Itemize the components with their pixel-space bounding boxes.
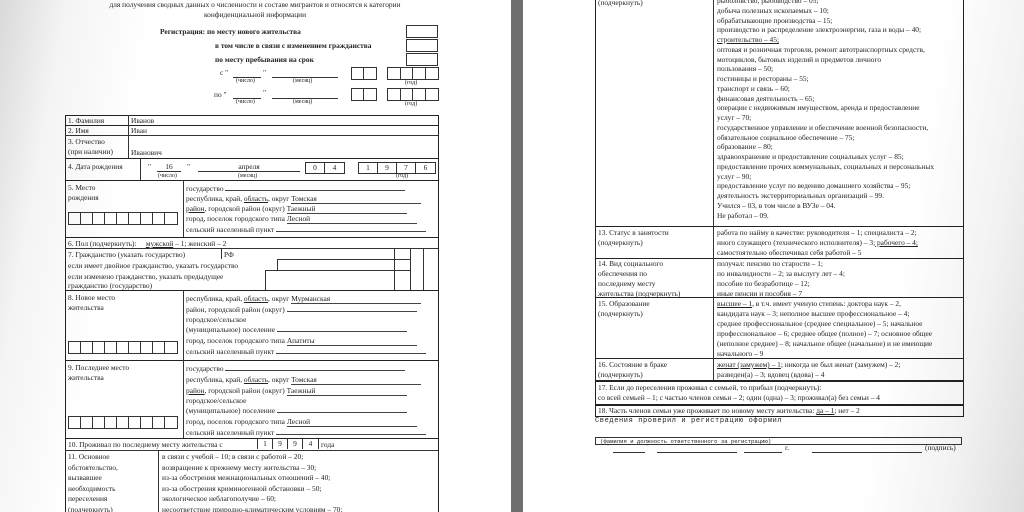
birthplace-code[interactable]: [68, 212, 178, 225]
divider: [128, 115, 129, 125]
intro-line-2: конфиденциальной информации: [80, 10, 430, 19]
industry-option[interactable]: мотоциклов, бытовых изделий и предметов …: [717, 55, 934, 64]
citizenship-value[interactable]: РФ: [224, 250, 234, 259]
sign-year-field[interactable]: [744, 452, 782, 453]
industry-option[interactable]: предоставление услуг по ведению домашнег…: [717, 181, 934, 190]
last-state-value[interactable]: [225, 370, 405, 371]
last-village-value[interactable]: [276, 434, 426, 435]
divider: [65, 125, 438, 126]
new-village-value[interactable]: [276, 353, 426, 354]
dob-year-caption: (год): [396, 173, 408, 179]
industry-option[interactable]: здравоохранение и предоставление социаль…: [717, 152, 934, 161]
reason-label-line: необходимость: [68, 484, 118, 493]
dob-month-caption: (месяц): [238, 173, 257, 179]
dob-month[interactable]: апреля: [198, 162, 300, 172]
marital-option[interactable]: женат (замужем) – 1; никогда не был жена…: [717, 360, 900, 369]
birthplace-district-row: район, городской район (округ) Таежный: [186, 204, 407, 214]
social-option[interactable]: получал: пенсию по старости – 1;: [717, 259, 845, 268]
divider: [65, 158, 438, 159]
temporary-stay-checkbox[interactable]: [406, 53, 438, 66]
quote-close: ": [646, 444, 648, 450]
last-settlement-value[interactable]: [277, 412, 407, 413]
last-city-row: город, поселок городского типа Лесной: [186, 417, 417, 427]
new-residence-label: 8. Новое место: [68, 293, 115, 302]
marital-sublabel: (подчеркнуть): [598, 370, 643, 379]
industry-option[interactable]: услуг – 70;: [717, 113, 934, 122]
digit: 9: [273, 438, 288, 449]
dual-citizenship-label: если имеет двойное гражданство, указать …: [68, 261, 238, 270]
education-option[interactable]: среднее профессиональное (среднее специа…: [717, 319, 932, 328]
digit: 1: [258, 438, 273, 449]
to-day-caption: (число): [236, 99, 255, 105]
verified-text: Сведения проверил и регистрацию оформил: [595, 417, 782, 425]
quote-open: ": [148, 162, 151, 171]
employment-option[interactable]: иного служащего (технического исполнител…: [717, 238, 918, 247]
patronymic-value[interactable]: Иванович: [131, 148, 162, 157]
birthplace-district-value[interactable]: Таежный: [287, 204, 407, 214]
from-month-digits[interactable]: [351, 67, 377, 80]
village-label: сельский населенный пункт: [186, 225, 274, 234]
industry-option[interactable]: операции с недвижимым имуществом, аренда…: [717, 103, 934, 112]
form-page-2: (подчеркнуть) рыболовство, рыбоводство –…: [512, 0, 1024, 512]
form-page-1: для получения сводных данных о численнос…: [0, 0, 490, 512]
citizenship-change-label: в том числе в связи с изменением граждан…: [215, 41, 371, 50]
divider: [183, 290, 184, 360]
new-settlement-value[interactable]: [277, 331, 407, 332]
family-options[interactable]: со всей семьей – 1; с частью членов семь…: [598, 393, 880, 402]
reason-options: в связи с учебой – 10; в связи с работой…: [162, 452, 342, 512]
year-suffix: г.: [785, 443, 789, 452]
new-district-row: район, городской район (округ): [186, 305, 417, 314]
divider: [713, 258, 714, 298]
sign-month-field[interactable]: [657, 452, 737, 453]
new-residence-checkbox[interactable]: [406, 25, 438, 38]
family-members-row: 18. Часть членов семьи уже проживает по …: [598, 406, 860, 415]
divider: [128, 125, 129, 135]
education-option[interactable]: кандидата наук – 3; неполное высшее проф…: [717, 309, 932, 318]
divider: [65, 248, 438, 249]
employment-option[interactable]: работа по найму в качестве: руководителя…: [717, 228, 917, 237]
city-label: город, поселок городского типа: [186, 214, 285, 223]
district-label: район, городской район (округ): [186, 305, 285, 314]
social-label-line: 14. Вид социального: [598, 259, 680, 268]
divider: [221, 248, 222, 259]
region-label-suffix: , округ: [268, 194, 289, 203]
divider: [183, 360, 184, 438]
sex-label: 6. Пол (подчеркнуть):: [68, 239, 137, 248]
birthplace-region-value[interactable]: Томская: [291, 194, 421, 204]
reason-option[interactable]: в связи с учебой – 10; в связи с работой…: [162, 452, 342, 461]
region-label: республика, край,: [186, 375, 244, 384]
settlement-sublabel: (муниципальное) поселение: [186, 406, 275, 415]
region-label-underlined: область: [244, 294, 268, 303]
reason-label-line: вызвавшее: [68, 473, 118, 482]
divider: [713, 297, 714, 358]
reason-option[interactable]: несоответствие природно-климатическим ус…: [162, 505, 342, 512]
marital-option-text: ; никогда не был женат (замужем) – 2;: [781, 360, 901, 369]
divider: [713, 0, 714, 226]
from-year-digits[interactable]: [387, 67, 439, 80]
village-label: сельский населенный пункт: [186, 347, 274, 356]
digit: 4: [303, 438, 318, 449]
new-city-row: город, поселок городского типа Апатиты: [186, 336, 417, 346]
city-label: город, поселок городского типа: [186, 417, 285, 426]
education-option[interactable]: профессиональное – 6; среднее общее (пол…: [717, 329, 932, 338]
marital-label: 16. Состояние в браке: [598, 360, 667, 369]
last-district-value[interactable]: Таежный: [287, 386, 407, 396]
education-option[interactable]: начального – 9: [717, 349, 932, 358]
industry-option[interactable]: образование – 80;: [717, 142, 934, 151]
to-year-caption: (год): [405, 101, 417, 107]
digit: 9: [378, 163, 397, 173]
name-label: 2. Имя: [68, 126, 89, 135]
district-label-underlined: район: [186, 204, 205, 213]
state-label: государство: [186, 184, 224, 193]
birthplace-state-value[interactable]: [225, 190, 405, 191]
code-column: [410, 248, 411, 290]
digit: 9: [288, 438, 303, 449]
education-option[interactable]: высшее – 1, в т.ч. имеет ученую степень:…: [717, 299, 932, 308]
industry-option[interactable]: услуг – 90;: [717, 172, 934, 181]
sex-male-option[interactable]: мужской: [146, 239, 173, 248]
district-label: , городской район (округ): [205, 204, 285, 213]
industry-option[interactable]: пользования – 50;: [717, 64, 934, 73]
surname-value[interactable]: Иванов: [131, 116, 154, 125]
region-label-suffix: , округ: [268, 375, 289, 384]
digit: 7: [397, 163, 416, 173]
temporary-stay-label: по месту пребывания на срок: [215, 55, 314, 64]
divider: [713, 358, 714, 380]
quote-mark: ": [263, 88, 266, 97]
digit: 0: [306, 163, 325, 173]
education-selected: высшее – 1: [717, 299, 752, 308]
social-label: 14. Вид социального обеспечения по после…: [598, 259, 680, 298]
prev-citizenship-label: если изменено гражданство, указать преды…: [68, 272, 223, 281]
new-residence-code[interactable]: [68, 341, 178, 354]
birthplace-sublabel: рождения: [68, 193, 99, 202]
region-label: республика, край,: [186, 194, 244, 203]
patronymic-sublabel: (при наличии): [68, 147, 113, 156]
new-city-value[interactable]: Апатиты: [287, 336, 417, 346]
reason-label-line: (подчеркнуть): [68, 505, 118, 512]
social-label-line: последнему месту: [598, 279, 680, 288]
village-label: сельский населенный пункт: [186, 428, 274, 437]
registration-label: Регистрация: по месту нового жительства: [160, 27, 301, 36]
lived-since-label: 10. Проживал по последнему месту жительс…: [68, 440, 223, 449]
divider: [65, 360, 438, 361]
divider: [65, 135, 438, 136]
to-month-digits[interactable]: [351, 88, 377, 101]
dob-day-caption: (число): [158, 173, 177, 179]
social-option[interactable]: пособие по безработице – 12;: [717, 279, 845, 288]
marital-selected: женат (замужем) – 1: [717, 360, 781, 369]
to-month-caption: (месяц): [293, 99, 312, 105]
reason-label-line: переселения: [68, 494, 118, 503]
industry-option[interactable]: Не работал – 09.: [717, 211, 934, 220]
last-residence-sublabel: жительства: [68, 373, 104, 382]
last-residence-label: 9. Последнее место: [68, 363, 129, 372]
quote-mark: ": [263, 68, 266, 77]
digit: 6: [416, 163, 435, 173]
industry-option[interactable]: рыболовство, рыбоводство – 05;: [717, 0, 934, 5]
lived-since-suffix: года: [321, 440, 334, 449]
district-label-underlined: район: [186, 386, 205, 395]
last-district-row: район, городской район (округ) Таежный: [186, 386, 407, 396]
last-state-row: государство: [186, 364, 405, 373]
employment-label: 13. Статус в занятости: [598, 228, 669, 237]
education-label: 15. Образование: [598, 299, 650, 308]
from-month-caption: (месяц): [293, 78, 312, 84]
reason-option[interactable]: из-за обострения межнациональных отношен…: [162, 473, 342, 482]
social-option[interactable]: по инвалидности – 2; за выслугу лет – 4;: [717, 269, 845, 278]
family-members-selected[interactable]: да – 1: [816, 406, 834, 415]
settlement-label: городское/сельское: [186, 396, 246, 405]
industry-option[interactable]: обязательное социальное обеспечение – 75…: [717, 133, 934, 142]
industry-option[interactable]: добыча полезных ископаемых – 10;: [717, 6, 934, 15]
industry-option[interactable]: обрабатывающие производства – 15;: [717, 16, 934, 25]
prev-citizenship-field[interactable]: [265, 270, 411, 291]
from-day-caption: (число): [236, 78, 255, 84]
region-label-underlined: область: [244, 194, 268, 203]
new-region-value[interactable]: Мурманская: [291, 294, 421, 304]
sign-day-field[interactable]: [613, 452, 645, 453]
social-label-line: обеспечения по: [598, 269, 680, 278]
district-label: , городской район (округ): [205, 386, 285, 395]
industry-option[interactable]: государственное управление и обеспечение…: [717, 123, 934, 132]
quote-open: ": [607, 444, 609, 450]
birthplace-village-value[interactable]: [276, 231, 426, 232]
sex-codes: – 1; женский – 2: [173, 239, 226, 248]
birthplace-city-row: город, поселок городского типа Лесной: [186, 214, 417, 224]
last-village-row: сельский населенный пункт: [186, 428, 426, 437]
signature-field[interactable]: [812, 452, 922, 453]
social-options: получал: пенсию по старости – 1; по инва…: [717, 259, 845, 298]
family-label: 17. Если до переселения проживал с семье…: [598, 383, 821, 392]
lived-since-year[interactable]: 1 9 9 4: [257, 438, 319, 449]
signature-caption: (подпись): [925, 443, 956, 452]
quote-close: ": [187, 162, 190, 171]
prev-citizenship-sublabel: гражданство (государство): [68, 281, 152, 290]
city-label: город, поселок городского типа: [186, 336, 285, 345]
industry-option[interactable]: Учился – 03, в том числе в ВУЗе – 04.: [717, 201, 934, 210]
officer-field[interactable]: (фамилия и должность ответственного за р…: [595, 437, 962, 445]
industry-option[interactable]: производство и распределение электроэнер…: [717, 25, 934, 34]
last-settlement-row: (муниципальное) поселение: [186, 406, 407, 415]
marital-option[interactable]: разведен(а) – 3; вдовец (вдова) – 4: [717, 370, 824, 379]
divider: [128, 135, 129, 158]
citizenship-change-checkbox[interactable]: [406, 39, 438, 52]
to-label: по ": [214, 90, 227, 99]
digit: 4: [325, 163, 344, 173]
birthplace-region-row: республика, край, область, округ Томская: [186, 194, 421, 204]
employment-selected: рабочего – 4;: [875, 238, 918, 247]
reason-option[interactable]: из-за обострения криминогенной обстановк…: [162, 484, 342, 493]
intro-line-1: для получения сводных данных о численнос…: [80, 0, 430, 9]
new-settlement-row: (муниципальное) поселение: [186, 325, 407, 334]
settlement-sublabel: (муниципальное) поселение: [186, 325, 275, 334]
industry-label-tail: (подчеркнуть): [598, 0, 643, 7]
name-value[interactable]: Иван: [131, 126, 147, 135]
new-district-value[interactable]: [287, 311, 417, 312]
industry-option[interactable]: оптовая и розничная торговля, ремонт авт…: [717, 45, 934, 54]
divider: [65, 438, 438, 439]
industry-option[interactable]: финансовая деятельность – 65;: [717, 94, 934, 103]
education-sublabel: (подчеркнуть): [598, 309, 643, 318]
family-members-label: 18. Часть членов семьи уже проживает по …: [598, 406, 816, 415]
dob-day[interactable]: 16: [157, 162, 181, 172]
dob-month-digits[interactable]: 0 4: [305, 162, 345, 174]
divider: [140, 158, 141, 180]
dob-label: 4. Дата рождения: [68, 162, 123, 171]
divider: [713, 226, 714, 258]
reason-label-line: обстоятельство,: [68, 463, 118, 472]
industry-option[interactable]: гостиницы и рестораны – 55;: [717, 74, 934, 83]
industry-option[interactable]: деятельность экстерриториальных организа…: [717, 191, 934, 200]
employment-option-text: иного служащего (технического исполнител…: [717, 238, 875, 247]
reason-label-line: 11. Основное: [68, 452, 118, 461]
reason-option[interactable]: возвращение к прежнему месту жительства …: [162, 463, 342, 472]
last-region-value[interactable]: Томская: [291, 375, 421, 385]
sex-row: 6. Пол (подчеркнуть): мужской – 1; женск…: [68, 239, 226, 248]
region-label: республика, край,: [186, 294, 244, 303]
employment-sublabel: (подчеркнуть): [598, 238, 643, 247]
divider: [65, 290, 438, 291]
surname-label: 1. Фамилия: [68, 116, 104, 125]
from-label: с ": [220, 68, 228, 77]
new-residence-sublabel: жительства: [68, 303, 104, 312]
employment-option[interactable]: самостоятельно обеспечивал себя работой …: [717, 248, 861, 257]
new-village-row: сельский населенный пункт: [186, 347, 426, 356]
new-region-row: республика, край, область, округ Мурманс…: [186, 294, 421, 304]
divider: [158, 450, 159, 512]
divider: [183, 180, 184, 237]
education-option[interactable]: (неполное среднее) – 8; начальное общее …: [717, 339, 932, 348]
state-label: государство: [186, 364, 224, 373]
divider: [65, 180, 438, 181]
education-option-text: , в т.ч. имеет ученую степень: доктора н…: [752, 299, 901, 308]
industry-option[interactable]: транспорт и связь – 60;: [717, 84, 934, 93]
patronymic-label: 3. Отчество: [68, 137, 105, 146]
code-column: [423, 248, 424, 290]
region-label-underlined: область: [244, 375, 268, 384]
to-year-digits[interactable]: [387, 88, 439, 101]
divider: [65, 237, 438, 238]
birthplace-city-value[interactable]: Лесной: [287, 214, 417, 224]
education-options: высшее – 1, в т.ч. имеет ученую степень:…: [717, 299, 932, 358]
settlement-label: городское/сельское: [186, 315, 246, 324]
birthplace-label: 5. Место: [68, 183, 95, 192]
from-year-caption: (год): [405, 80, 417, 86]
last-residence-code[interactable]: [68, 416, 178, 429]
industry-options: рыболовство, рыбоводство – 05;добыча пол…: [717, 0, 934, 220]
family-members-option[interactable]: ; нет – 2: [834, 406, 859, 415]
code-column: [394, 248, 395, 290]
region-label-suffix: , округ: [268, 294, 289, 303]
reason-label: 11. Основное обстоятельство, вызвавшее н…: [68, 452, 118, 512]
industry-option[interactable]: предоставление прочих коммунальных, соци…: [717, 162, 934, 171]
last-city-value[interactable]: Лесной: [287, 417, 417, 427]
digit: 1: [359, 163, 378, 173]
reason-option[interactable]: экологическое неблагополучие – 60;: [162, 494, 342, 503]
divider: [65, 450, 438, 451]
birthplace-state-row: государство: [186, 184, 405, 193]
birthplace-village-row: сельский населенный пункт: [186, 225, 426, 234]
last-region-row: республика, край, область, округ Томская: [186, 375, 421, 385]
citizenship-label: 7. Гражданство (указать государство): [68, 250, 185, 259]
industry-option[interactable]: строительство – 45;: [717, 35, 934, 44]
